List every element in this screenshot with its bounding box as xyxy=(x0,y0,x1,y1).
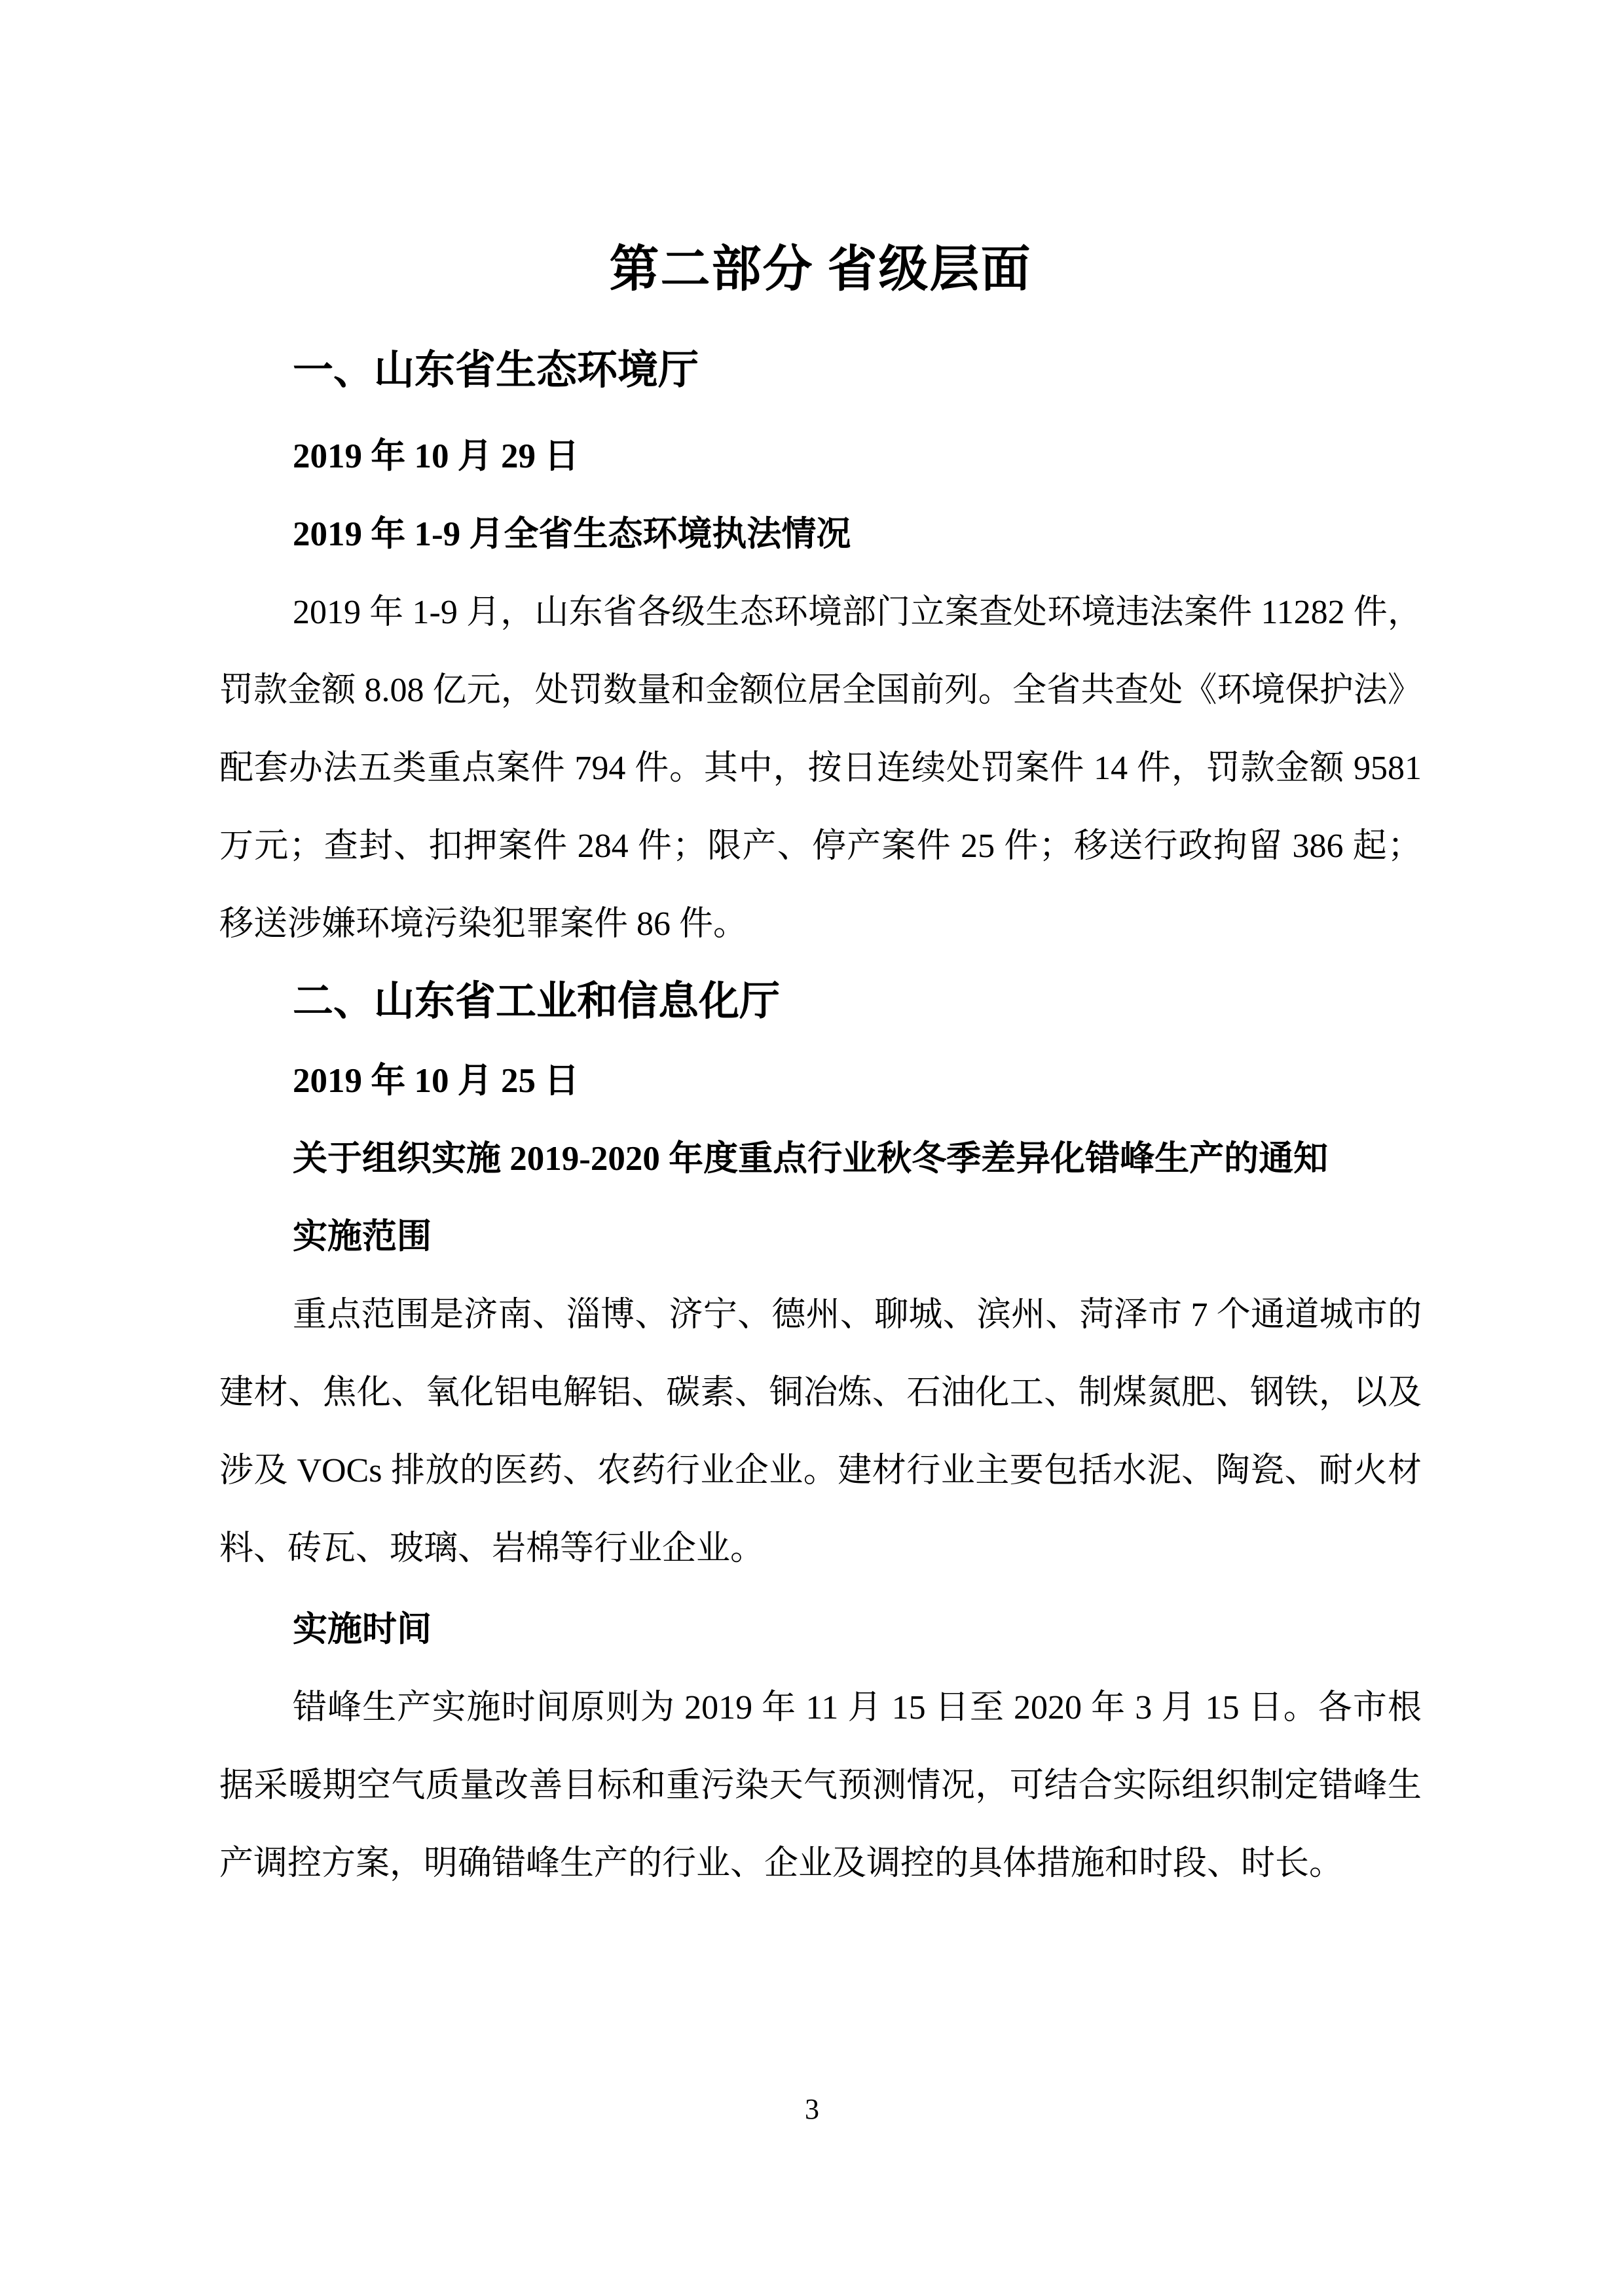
section-2-article-subtitle: 关于组织实施 2019-2020 年度重点行业秋冬季差异化错峰生产的通知 xyxy=(219,1120,1422,1198)
section-1-article-subtitle: 2019 年 1-9 月全省生态环境执法情况 xyxy=(219,496,1422,574)
section-2-subheading-time: 实施时间 xyxy=(219,1591,1422,1669)
section-1-paragraph: 2019 年 1-9 月，山东省各级生态环境部门立案查处环境违法案件 11282… xyxy=(219,574,1422,963)
section-2-date: 2019 年 10 月 25 日 xyxy=(219,1042,1422,1120)
document-content: 第二部分 省级层面 一、山东省生态环境厅 2019 年 10 月 29 日 20… xyxy=(219,0,1422,1903)
section-1-date: 2019 年 10 月 29 日 xyxy=(219,418,1422,496)
section-2-paragraph-time: 错峰生产实施时间原则为 2019 年 11 月 15 日至 2020 年 3 月… xyxy=(219,1669,1422,1903)
section-2-paragraph-scope: 重点范围是济南、淄博、济宁、德州、聊城、滨州、菏泽市 7 个通道城市的建材、焦化… xyxy=(219,1276,1422,1588)
page-number: 3 xyxy=(0,2090,1624,2129)
document-page: 第二部分 省级层面 一、山东省生态环境厅 2019 年 10 月 29 日 20… xyxy=(0,0,1624,2296)
doc-title: 第二部分 省级层面 xyxy=(219,227,1422,312)
section-2-heading: 二、山东省工业和信息化厅 xyxy=(219,963,1422,1041)
section-2-subheading-scope: 实施范围 xyxy=(219,1198,1422,1276)
section-1-heading: 一、山东省生态环境厅 xyxy=(219,332,1422,410)
